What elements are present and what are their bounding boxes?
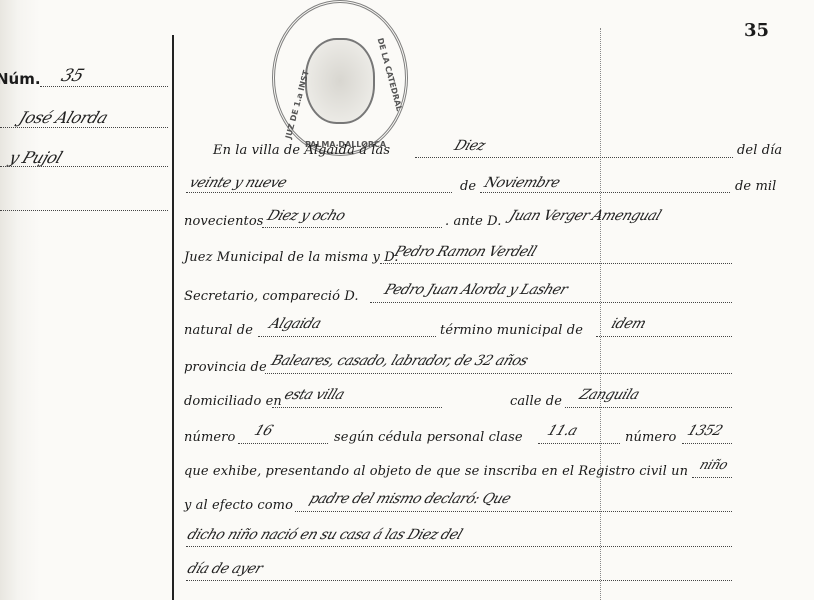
dotted-line bbox=[186, 580, 732, 581]
form-text: número bbox=[184, 430, 235, 445]
hour-field: Diez bbox=[452, 138, 487, 154]
page-number: 35 bbox=[744, 20, 769, 41]
dotted-line bbox=[380, 263, 732, 264]
dotted-line bbox=[186, 192, 452, 193]
dotted-line bbox=[265, 373, 732, 374]
day-field: veinte y nueve bbox=[187, 175, 289, 191]
declaration-line1: dicho niño nació en su casa á las Diez d… bbox=[185, 527, 464, 543]
year-field: Diez y ocho bbox=[265, 208, 347, 224]
cedula-number-field: 1352 bbox=[685, 423, 724, 439]
margin-name-line2: y Pujol bbox=[7, 148, 65, 167]
form-text: del día bbox=[737, 143, 782, 158]
dotted-line bbox=[258, 336, 436, 337]
province-details-field: Baleares, casado, labrador, de 32 años bbox=[269, 353, 530, 369]
form-text: domiciliado en bbox=[184, 394, 282, 409]
form-text: de mil bbox=[735, 179, 776, 194]
margin-name-line1: José Alorda bbox=[17, 108, 111, 127]
fold-line bbox=[600, 28, 601, 600]
dotted-line bbox=[682, 443, 732, 444]
secretary-name-field: Pedro Ramon Verdell bbox=[392, 244, 538, 260]
dotted-line bbox=[272, 407, 442, 408]
declarant-name-field: Pedro Juan Alorda y Lasher bbox=[382, 282, 570, 298]
form-text: según cédula personal clase bbox=[334, 430, 523, 445]
dotted-line bbox=[40, 86, 168, 87]
residence-field: esta villa bbox=[282, 387, 346, 403]
form-text: natural de bbox=[184, 323, 253, 338]
margin-rule bbox=[172, 35, 174, 600]
form-text: y al efecto como bbox=[184, 498, 293, 513]
declarant-role-field: padre del mismo declaró: Que bbox=[307, 491, 513, 507]
dotted-line bbox=[186, 546, 732, 547]
dotted-line bbox=[538, 443, 620, 444]
dotted-line bbox=[0, 166, 168, 167]
house-number-field: 16 bbox=[252, 423, 275, 439]
dotted-line bbox=[480, 192, 730, 193]
form-text: novecientos bbox=[184, 214, 264, 229]
form-text: calle de bbox=[510, 394, 562, 409]
child-sex-field: niño bbox=[697, 458, 729, 473]
form-text: . ante D. bbox=[445, 214, 501, 229]
form-text: número bbox=[625, 430, 676, 445]
street-field: Zanguila bbox=[577, 387, 641, 403]
month-field: Noviembre bbox=[482, 175, 562, 191]
dotted-line bbox=[596, 336, 732, 337]
coat-of-arms-icon bbox=[305, 38, 375, 124]
form-text: Juez Municipal de la misma y D. bbox=[184, 250, 399, 265]
dotted-line bbox=[295, 511, 732, 512]
form-text: que exhibe, presentando al objeto de que… bbox=[184, 464, 688, 479]
form-text: En la villa de Algaida á las bbox=[213, 143, 390, 158]
municipality-field: idem bbox=[609, 316, 648, 332]
cedula-class-field: 11.a bbox=[545, 423, 579, 439]
form-text: término municipal de bbox=[440, 323, 583, 338]
dotted-line bbox=[0, 210, 168, 211]
dotted-line bbox=[565, 407, 732, 408]
dotted-line bbox=[262, 227, 442, 228]
dotted-line bbox=[415, 157, 733, 158]
form-text: Secretario, compareció D. bbox=[184, 289, 359, 304]
form-text: de bbox=[460, 179, 476, 194]
declaration-line2: día de ayer bbox=[185, 561, 264, 577]
dotted-line bbox=[238, 443, 328, 444]
birthplace-field: Algaida bbox=[267, 316, 323, 332]
left-margin-column bbox=[0, 0, 172, 600]
record-number-label: Núm. bbox=[0, 70, 41, 88]
dotted-line bbox=[0, 127, 168, 128]
judge-name-field: Juan Verger Amengual bbox=[507, 208, 663, 224]
dotted-line bbox=[370, 302, 732, 303]
dotted-line bbox=[692, 477, 732, 478]
form-text: provincia de bbox=[184, 360, 267, 375]
